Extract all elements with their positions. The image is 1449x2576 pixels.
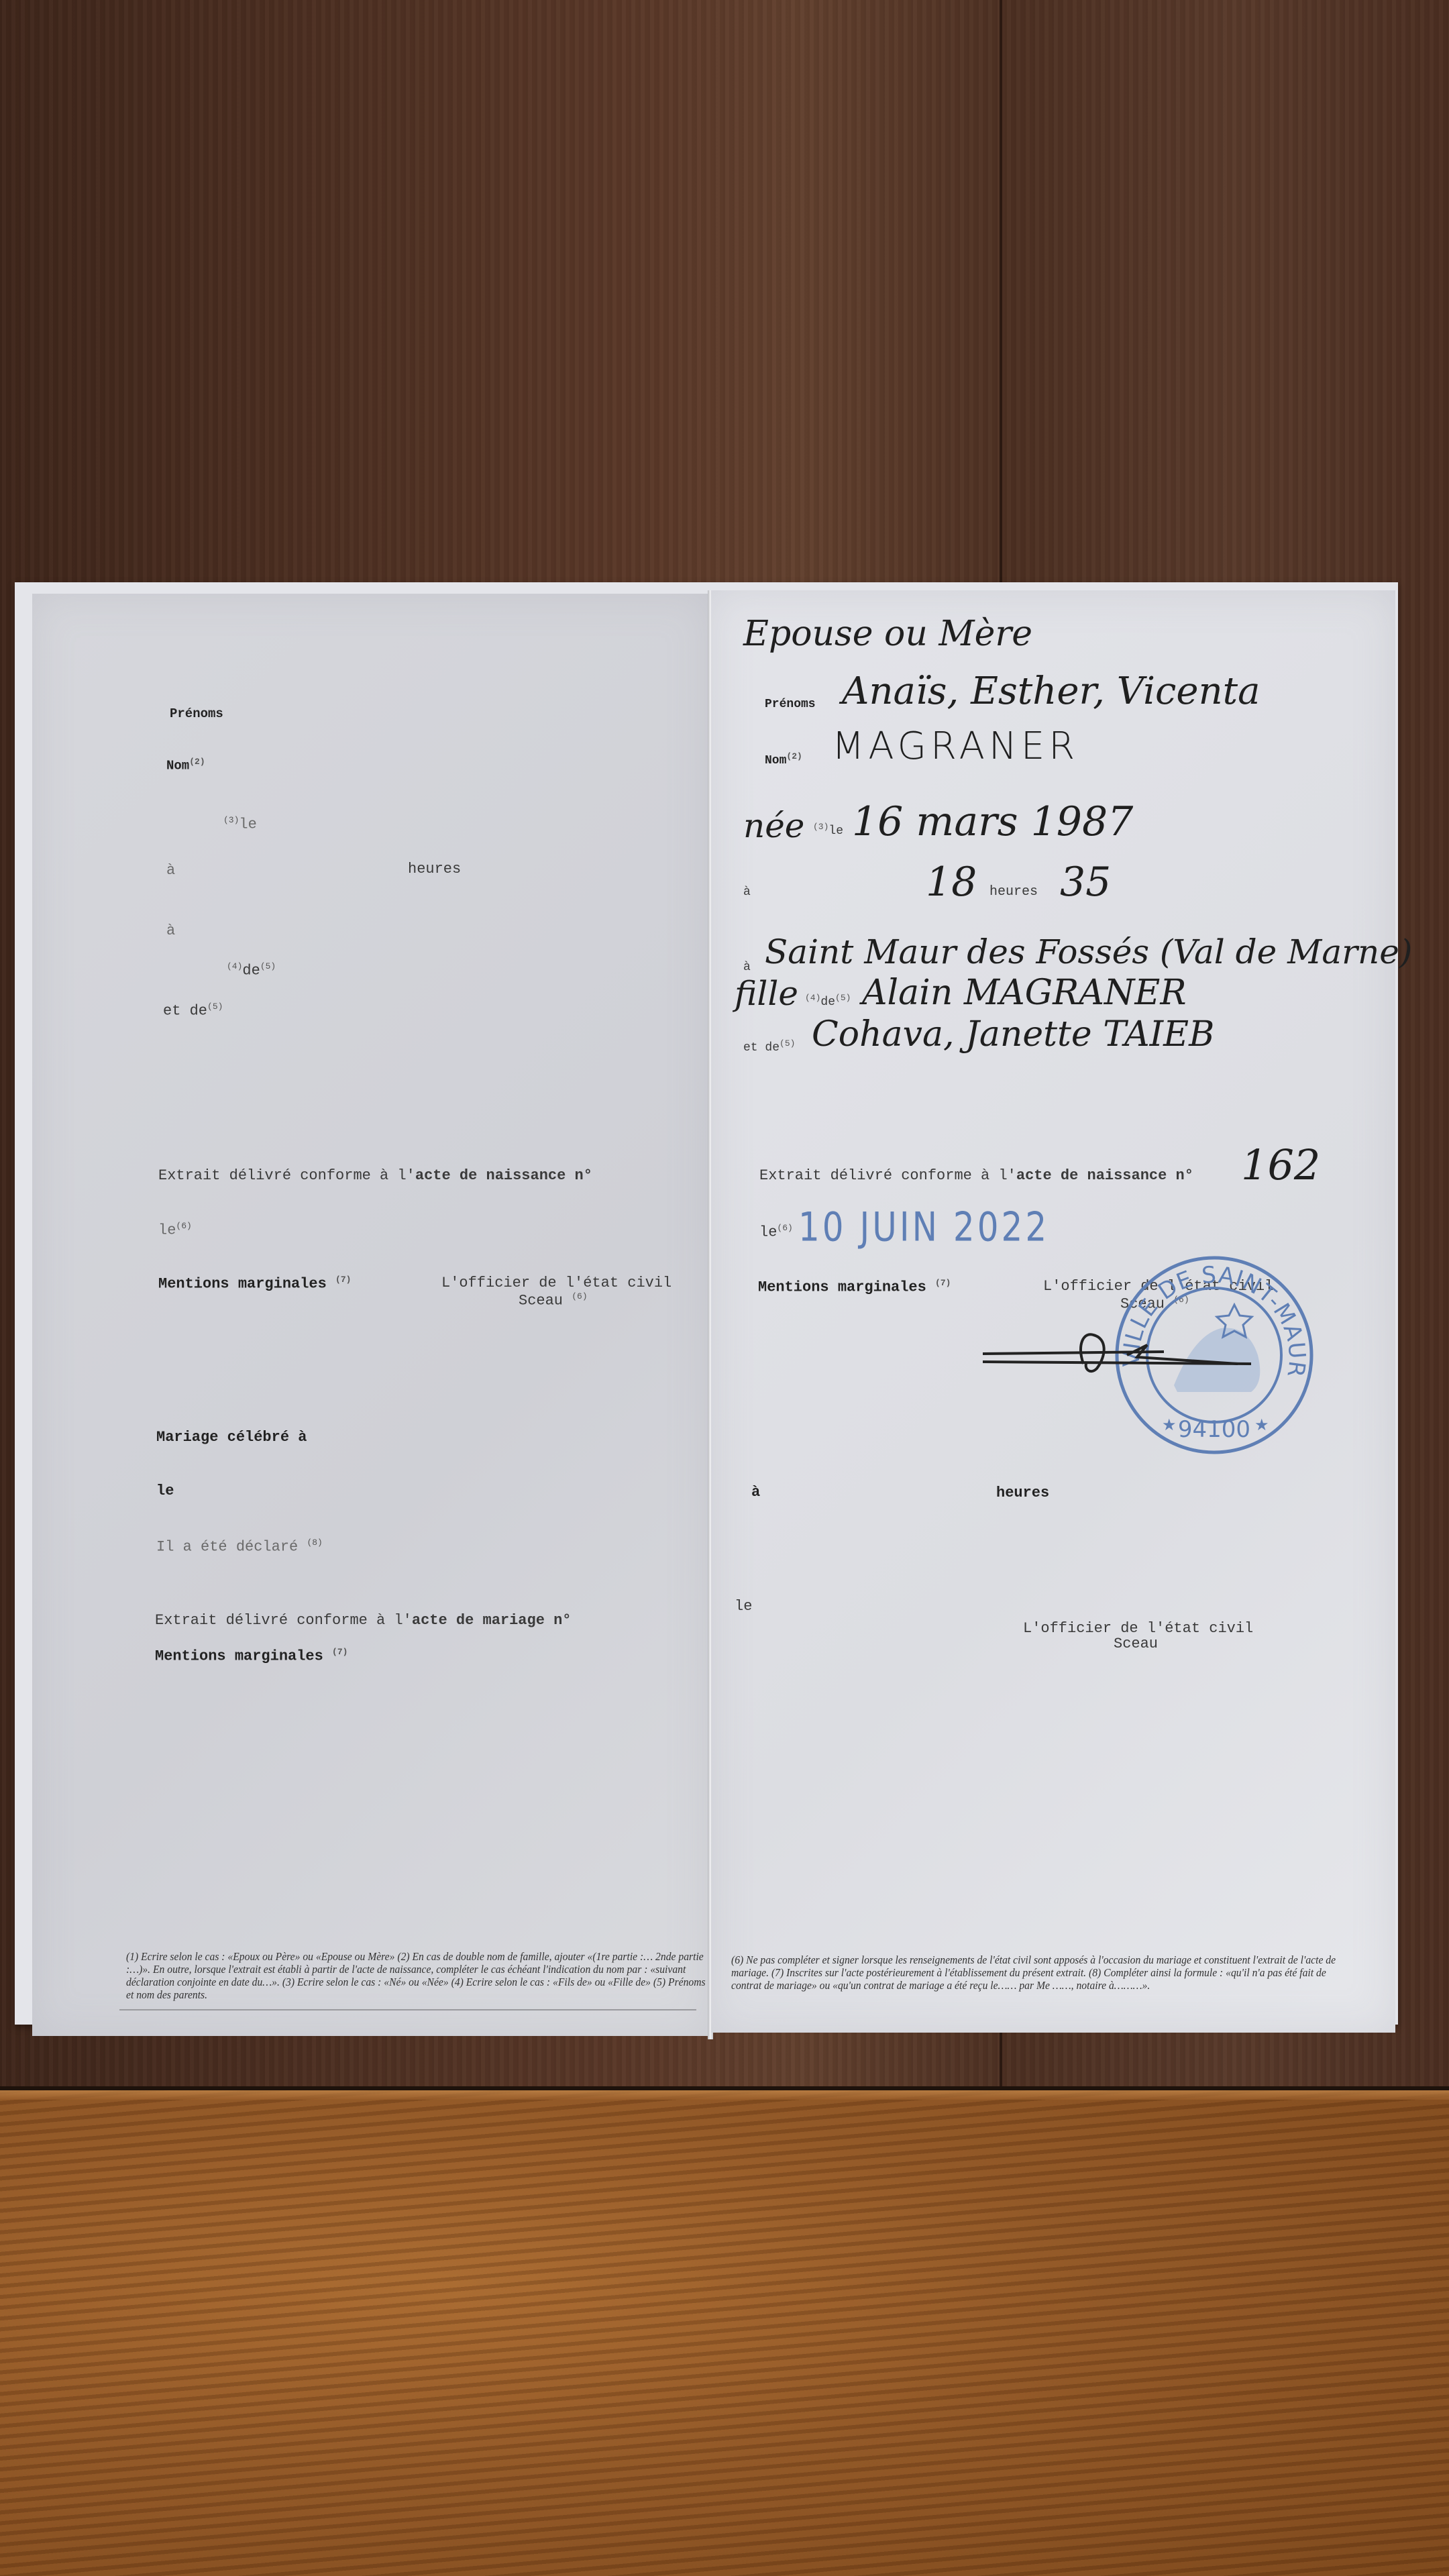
footnote-ref: (4) xyxy=(227,961,242,971)
signature-icon xyxy=(983,1332,1291,1385)
nee-handwritten: née xyxy=(743,806,804,845)
et-de-text: et de xyxy=(163,1002,207,1019)
fille-handwritten: fille xyxy=(735,974,798,1013)
hour-value: 18 xyxy=(926,859,977,906)
le-label: (3)le xyxy=(813,822,843,838)
parent-label: (4)de(5) xyxy=(227,961,276,979)
footnote-ref: (5) xyxy=(207,1002,223,1012)
footnote-ref: (3) xyxy=(813,822,828,832)
father-value: Alain MAGRANER xyxy=(862,973,1187,1013)
mariage-le-label: le xyxy=(156,1483,174,1499)
extrait-bold: acte de mariage n° xyxy=(412,1612,572,1629)
extrait-naissance-line: Extrait délivré conforme à l'acte de nai… xyxy=(158,1167,592,1184)
footnote-rule xyxy=(119,2009,696,2010)
mentions-text: Mentions marginales xyxy=(158,1275,327,1292)
le-label: le xyxy=(239,816,256,833)
footnote-ref: (8) xyxy=(307,1538,322,1548)
officier-label: L'officier de l'état civil xyxy=(441,1275,672,1291)
extrait-prefix: Extrait délivré conforme à l' xyxy=(155,1612,412,1629)
seal-postcode: 94100 xyxy=(1178,1416,1250,1443)
prenoms-label: Prénoms xyxy=(170,706,223,721)
heures-label: heures xyxy=(408,861,461,877)
acte-number-value: 162 xyxy=(1241,1140,1320,1189)
sceau2-label: Sceau xyxy=(1114,1635,1158,1652)
footnote-ref: (5) xyxy=(835,993,851,1003)
mother-value: Cohava, Janette TAIEB xyxy=(812,1014,1214,1055)
footnote-ref: (7) xyxy=(935,1278,951,1288)
le6-label: le(6) xyxy=(759,1223,793,1240)
footnote-ref: (4) xyxy=(805,993,820,1003)
footnote-ref: (6) xyxy=(572,1291,587,1301)
mentions-text: Mentions marginales xyxy=(155,1648,323,1664)
footnote-ref: (7) xyxy=(332,1647,347,1657)
birth-date-value: 16 mars 1987 xyxy=(852,798,1133,845)
le-text: le xyxy=(158,1222,176,1238)
extrait-prefix: Extrait délivré conforme à l' xyxy=(759,1167,1016,1184)
declare-label: Il a été déclaré (8) xyxy=(156,1538,323,1555)
mariage-le-label: le xyxy=(735,1598,752,1615)
footnote-ref: (3) xyxy=(223,815,239,825)
le6-label: le(6) xyxy=(158,1221,192,1238)
sceau-label: Sceau (6) xyxy=(519,1291,588,1309)
birthplace-label: à xyxy=(166,922,175,939)
de-text: de xyxy=(820,996,835,1009)
left-page: Prénoms Nom(2) (3)le à heures à (4)de(5)… xyxy=(32,594,710,2036)
footnote-ref: (6) xyxy=(176,1221,191,1231)
nom-label: Nom(2) xyxy=(166,757,205,773)
minute-value: 35 xyxy=(1060,859,1111,906)
heures-label: heures xyxy=(989,884,1038,900)
footnote-ref: (2) xyxy=(786,751,802,761)
date-label: (3)le xyxy=(223,815,257,833)
a-label: à xyxy=(743,885,751,899)
mariage-heures-label: heures xyxy=(996,1485,1049,1501)
star-icon: ★ xyxy=(1162,1417,1177,1436)
wood-shelf xyxy=(0,2086,1449,2576)
nom-value: MAGRANER xyxy=(832,724,1079,768)
birthplace-value: Saint Maur des Fossés (Val de Marne) xyxy=(765,932,1412,971)
extrait-prefix: Extrait délivré conforme à l' xyxy=(158,1167,415,1184)
footnote-right: (6) Ne pas compléter et signer lorsque l… xyxy=(731,1953,1342,1992)
officier2-label: L'officier de l'état civil xyxy=(1023,1620,1253,1637)
le-text: le xyxy=(759,1224,777,1240)
place-label: à xyxy=(166,862,175,879)
mariage-label: Mariage célébré à xyxy=(156,1429,307,1446)
mariage-a-label: à xyxy=(751,1484,760,1501)
extrait-naissance-line: Extrait délivré conforme à l'acte de nai… xyxy=(759,1167,1193,1184)
extrait-bold: acte de naissance n° xyxy=(415,1167,592,1184)
sceau-text: Sceau xyxy=(519,1292,563,1309)
footnote-ref: (5) xyxy=(260,961,276,971)
prenoms-label: Prénoms xyxy=(765,698,816,711)
nom-text: Nom xyxy=(765,754,786,767)
de-label: (4)de(5) xyxy=(805,993,851,1009)
star-icon: ★ xyxy=(1254,1417,1269,1436)
extrait-mariage-line: Extrait délivré conforme à l'acte de mar… xyxy=(155,1612,572,1629)
footnote-left: (1) Ecrire selon le cas : «Epoux ou Père… xyxy=(126,1950,706,2001)
prenoms-value: Anaïs, Esther, Vicenta xyxy=(842,669,1260,713)
mentions-text: Mentions marginales xyxy=(758,1279,926,1295)
le-text: le xyxy=(828,824,843,838)
et-de-text: et de xyxy=(743,1041,780,1055)
de-label: de xyxy=(242,962,260,979)
footnote-ref: (2) xyxy=(189,757,205,767)
shelf-edge xyxy=(0,2090,1449,2100)
footnote-ref: (7) xyxy=(335,1275,351,1285)
extrait-bold: acte de naissance n° xyxy=(1016,1167,1193,1184)
footnote-ref: (6) xyxy=(777,1223,792,1233)
et-de-label: et de(5) xyxy=(163,1002,223,1019)
heading-handwritten: Epouse ou Mère xyxy=(743,614,1032,654)
mentions-label: Mentions marginales (7) xyxy=(758,1278,951,1295)
declare-text: Il a été déclaré xyxy=(156,1538,298,1555)
nom-label: Nom(2) xyxy=(765,751,802,767)
mentions2-label: Mentions marginales (7) xyxy=(155,1647,347,1664)
et-de-label: et de(5) xyxy=(743,1038,795,1055)
mentions-label: Mentions marginales (7) xyxy=(158,1275,351,1292)
footnote-ref: (5) xyxy=(780,1038,795,1049)
issue-date-stamp: 10 JUIN 2022 xyxy=(798,1203,1049,1250)
birthplace-label: à xyxy=(743,961,751,974)
nom-label-text: Nom xyxy=(166,758,189,773)
